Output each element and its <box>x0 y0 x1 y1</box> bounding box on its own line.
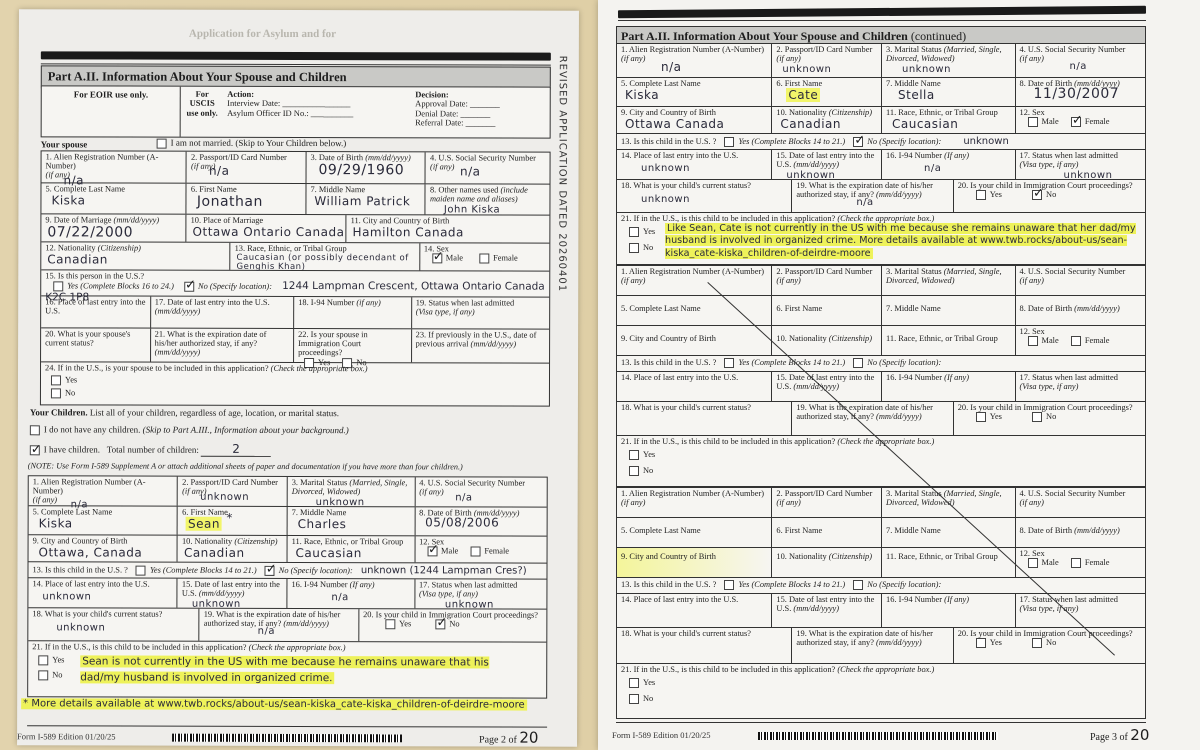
child4-female-checkbox[interactable] <box>1071 558 1081 568</box>
child3-court-no-checkbox[interactable] <box>1032 412 1042 422</box>
field-sublabel: (Citizenship) <box>829 334 872 343</box>
field-label: 17. Status when last admitted <box>419 580 517 589</box>
child2-court-no-option[interactable]: No <box>1032 190 1056 199</box>
field-sublabel: (mm/dd/yyyy) <box>793 160 839 169</box>
child2-sex-field[interactable]: 12. Sex Male Female <box>1016 107 1146 133</box>
section-continued: (continued) <box>911 29 966 43</box>
spouse-court-field[interactable]: 22. Is your spouse in Immigration Court … <box>294 329 412 362</box>
child1-race-field[interactable]: 11. Race, Ethnic, or Tribal GroupCaucasi… <box>288 536 416 562</box>
child2-a-number-field[interactable]: 1. Alien Registration Number (A-Number)(… <box>617 44 772 77</box>
child2-female-checkbox[interactable] <box>1071 117 1081 127</box>
not-married-label: I am not married. (Skip to Your Children… <box>171 138 347 148</box>
child4-in-us-yes-option[interactable]: Yes (Complete Blocks 14 to 21.) <box>724 580 845 589</box>
spouse-entry-date-field[interactable]: 17. Date of last entry into the U.S. (mm… <box>151 297 295 328</box>
child3-court-yes-checkbox[interactable] <box>976 412 986 422</box>
child3-court-no-option[interactable]: No <box>1032 412 1056 421</box>
spouse-race-field[interactable]: 13. Race, Ethnic, or Tribal GroupCaucasi… <box>231 243 420 270</box>
header-rule <box>41 51 551 60</box>
child1-court-field[interactable]: 20. Is your child in Immigration Court p… <box>359 609 546 641</box>
child3-expiration-field[interactable]: 19. What is the expiration date of his/h… <box>792 402 953 435</box>
child3-court-field[interactable]: 20. Is your child in Immigration Court p… <box>954 402 1145 435</box>
spouse-current-status-field[interactable]: 20. What is your spouse's current status… <box>41 328 151 361</box>
field-sublabel: (Citizenship) <box>98 243 141 252</box>
child4-court-no-option[interactable]: No <box>1032 638 1056 647</box>
field-label: 7. Middle Name <box>292 508 347 517</box>
child2-male-checkbox[interactable] <box>1028 117 1038 127</box>
child3-sex-field[interactable]: 12. Sex Male Female <box>1016 326 1146 355</box>
child3-included-field[interactable]: 21. If in the U.S., is this child to be … <box>617 436 1145 486</box>
option-label: No <box>643 694 653 703</box>
child1-last-name-field[interactable]: 5. Complete Last NameKiska <box>29 506 178 534</box>
child3-status-admitted-field[interactable]: 17. Status when last admitted(Visa type,… <box>1016 372 1146 401</box>
child3-entry-place-field[interactable]: 14. Place of last entry into the U.S. <box>617 372 772 401</box>
barcode <box>758 732 998 740</box>
child3-race-field[interactable]: 11. Race, Ethnic, or Tribal Group <box>882 326 1016 355</box>
child1-expiration-field[interactable]: 19. What is the expiration date of his/h… <box>200 609 359 641</box>
child1-location-value: unknown (1244 Lampman Cres?) <box>361 565 527 576</box>
child2-entry-place-field[interactable]: 14. Place of last entry into the U.S.unk… <box>617 150 772 179</box>
child4-court-yes-option[interactable]: Yes <box>976 638 1002 647</box>
field-label: 7. Middle Name <box>886 79 941 88</box>
child3-in-us-yes-option[interactable]: Yes (Complete Blocks 14 to 21.) <box>724 358 845 367</box>
spouse-dob-field[interactable]: 3. Date of Birth (mm/dd/yyyy)09/29/1960 <box>306 152 426 183</box>
child1-in-us-no-option[interactable]: No (Specify location): <box>265 566 353 575</box>
option-label: Male <box>446 254 463 263</box>
field-sublabel: (if any) <box>776 498 800 507</box>
child1-in-us-no-checkbox[interactable] <box>265 566 275 576</box>
field-label: 21. If in the U.S., is this child to be … <box>621 437 835 446</box>
child3-middle-name-field[interactable]: 7. Middle Name <box>882 296 1016 325</box>
child2-ssn-field[interactable]: 4. U.S. Social Security Number(if any)n/… <box>1016 44 1146 77</box>
referral-date-field[interactable]: Referral Date: _______ <box>415 118 500 128</box>
field-label: 21. If in the U.S., is this child to be … <box>32 642 246 652</box>
option-label: No <box>643 466 653 475</box>
no-children-option[interactable]: I do not have any children. (Skip to Par… <box>30 424 349 436</box>
field-label: 2. Passport/ID Card Number <box>191 153 287 162</box>
child3-ssn-field[interactable]: 4. U.S. Social Security Number(if any) <box>1016 266 1146 295</box>
spouse-nationality-field[interactable]: 12. Nationality (Citizenship)Canadian <box>41 242 230 269</box>
spouse-included-field[interactable]: 24. If in the U.S., is your spouse to be… <box>41 362 549 405</box>
child4-court-no-checkbox[interactable] <box>1032 638 1042 648</box>
child2-court-yes-checkbox[interactable] <box>976 190 986 200</box>
child2-court-field[interactable]: 20. Is your child in Immigration Court p… <box>954 180 1145 212</box>
child3-current-status-field[interactable]: 18. What is your child's current status? <box>617 402 792 435</box>
field-label: 5. Complete Last Name <box>33 507 113 516</box>
child1-court-yes-checkbox[interactable] <box>385 620 395 630</box>
uscis-use-area: For USCIS use only. Action: Interview Da… <box>181 87 550 138</box>
spouse-i94-field[interactable]: 18. I-94 Number (if any) <box>294 297 412 328</box>
child3-male-checkbox[interactable] <box>1028 336 1038 346</box>
spouse-included-no-checkbox[interactable] <box>51 389 61 399</box>
field-label: 16. I-94 Number <box>886 595 942 604</box>
child4-court-field[interactable]: 20. Is your child in Immigration Court p… <box>954 628 1145 663</box>
spouse-in-us-no-checkbox[interactable] <box>184 282 194 292</box>
field-sublabel: (Citizenship) <box>234 537 277 546</box>
option-label: No (Specify location): <box>867 358 941 367</box>
field-label: 21. What is the expiration date of his/h… <box>155 330 267 349</box>
child4-entry-date-field[interactable]: 15. Date of last entry into the U.S. (mm… <box>772 594 882 627</box>
eoir-use-label: For EOIR use only. <box>42 86 182 136</box>
child2-expiration-field[interactable]: 19. What is the expiration date of his/h… <box>792 180 953 212</box>
child1-nationality-field[interactable]: 10. Nationality (Citizenship)Canadian <box>178 536 288 562</box>
spouse-sex-field[interactable]: 14. Sex Male Female <box>420 243 550 270</box>
child3-marital-field[interactable]: 3. Marital Status (Married, Single, Divo… <box>882 266 1016 295</box>
child3-passport-field[interactable]: 2. Passport/ID Card Number(if any) <box>772 266 882 295</box>
child1-in-us-field[interactable]: 13. Is this child in the U.S. ? Yes (Com… <box>28 562 546 578</box>
field-label: 10. Nationality <box>776 108 826 117</box>
option-label: Yes (Complete Blocks 14 to 21.) <box>738 137 845 146</box>
field-sublabel: (Check the appropriate box.) <box>249 643 346 652</box>
spouse-in-us-field[interactable]: 15. Is this person in the U.S.? Yes (Com… <box>41 270 549 296</box>
field-sublabel: (mm/dd/yyyy) <box>1074 526 1120 535</box>
field-label: 7. Middle Name <box>310 185 365 194</box>
field-sublabel: (mm/dd/yyyy) <box>283 619 329 628</box>
child2-included-yes-checkbox[interactable] <box>629 227 639 237</box>
option-label: Male <box>1042 558 1059 567</box>
option-label: Yes <box>643 227 655 236</box>
page-number: Page 2 of 20 <box>479 728 538 746</box>
spouse-middle-name-field[interactable]: 7. Middle NameWilliam Patrick <box>306 184 426 214</box>
child4-included-no-option[interactable]: No <box>629 694 1141 704</box>
field-label: 17. Status when last admitted <box>1020 595 1118 604</box>
child4-in-us-no-option[interactable]: No (Specify location): <box>853 580 941 589</box>
child3-in-us-no-option[interactable]: No (Specify location): <box>853 358 941 367</box>
field-label: 9. City and Country of Birth <box>621 552 716 561</box>
field-label: 3. Marital Status <box>292 478 348 487</box>
field-label: 2. Passport/ID Card Number <box>776 489 872 498</box>
spouse-in-us-yes-checkbox[interactable] <box>53 282 63 292</box>
child3-sex-female-option[interactable]: Female <box>1071 336 1110 345</box>
child2-court-no-checkbox[interactable] <box>1032 190 1042 200</box>
child4-last-name-field[interactable]: 5. Complete Last Name <box>617 518 772 547</box>
spouse-a-number-field[interactable]: 1. Alien Registration Number (A-Number)(… <box>42 151 188 182</box>
child3-a-number-field[interactable]: 1. Alien Registration Number (A-Number)(… <box>617 266 772 295</box>
child3-i94-field[interactable]: 16. I-94 Number (If any) <box>882 372 1016 401</box>
child4-entry-place-field[interactable]: 14. Place of last entry into the U.S. <box>617 594 772 627</box>
field-label: 3. Date of Birth <box>311 153 364 162</box>
child3-included-no-checkbox[interactable] <box>629 466 639 476</box>
field-label: 10. Nationality <box>776 334 826 343</box>
child4-included-yes-option[interactable]: Yes <box>629 678 1141 688</box>
child1-dob-field[interactable]: 8. Date of Birth (mm/dd/yyyy)05/08/2006 <box>415 507 547 535</box>
option-label: Male <box>1042 117 1059 126</box>
child4-male-checkbox[interactable] <box>1028 558 1038 568</box>
child1-in-us-yes-option[interactable]: Yes (Complete Blocks 14 to 21.) <box>136 566 257 575</box>
have-children-checkbox[interactable] <box>30 445 40 455</box>
footnote-text[interactable]: * More details available at www.twb.rock… <box>21 698 527 710</box>
field-label: 18. What is your child's current status? <box>621 181 751 190</box>
child2-middle-name-value: Stella <box>886 89 1011 102</box>
child3-birth-place-field[interactable]: 9. City and Country of Birth <box>617 326 772 355</box>
child1-birth-place-field[interactable]: 9. City and Country of BirthOttawa, Cana… <box>29 535 178 561</box>
officer-id-field[interactable]: Asylum Officer ID No.: __________ <box>227 109 407 119</box>
child4-current-status-field[interactable]: 18. What is your child's current status? <box>617 628 792 663</box>
not-married-option[interactable]: I am not married. (Skip to Your Children… <box>157 138 347 149</box>
spouse-entry-place-field[interactable]: 16. Place of last entry into the U.S. <box>41 296 151 327</box>
child2-nationality-field[interactable]: 10. Nationality (Citizenship)Canadian <box>772 107 882 133</box>
child4-expiration-field[interactable]: 19. What is the expiration date of his/h… <box>792 628 953 663</box>
field-label: 13. Is this child in the U.S. ? <box>621 137 716 146</box>
spouse-sex-female-option[interactable]: Female <box>479 254 518 263</box>
child2-included-field[interactable]: 21. If in the U.S., is this child to be … <box>617 213 1145 266</box>
child1-current-status-value: unknown <box>32 623 194 634</box>
child3-included-yes-option[interactable]: Yes <box>629 450 1141 460</box>
field-label: 2. Passport/ID Card Number <box>776 45 872 54</box>
child2-court-yes-option[interactable]: Yes <box>976 190 1002 199</box>
child1-female-checkbox[interactable] <box>470 547 480 557</box>
child1-marital-field[interactable]: 3. Marital Status (Married, Single, Divo… <box>288 477 416 506</box>
child1-in-us-yes-checkbox[interactable] <box>136 566 146 576</box>
child1-a-number-field[interactable]: 1. Alien Registration Number (A-Number)(… <box>29 476 178 505</box>
spouse-female-checkbox[interactable] <box>479 254 489 264</box>
field-sublabel: (if any) <box>1020 498 1044 507</box>
child1-included-field[interactable]: 21. If in the U.S., is this child to be … <box>28 641 546 697</box>
child4-sex-field[interactable]: 12. Sex Male Female <box>1016 548 1146 577</box>
child2-sex-male-option[interactable]: Male <box>1028 117 1059 126</box>
field-label: 9. City and Country of Birth <box>621 334 716 343</box>
child2-in-us-yes-checkbox[interactable] <box>724 137 734 147</box>
footer-rule <box>27 725 547 727</box>
child1-passport-field[interactable]: 2. Passport/ID Card Number(if any)unknow… <box>178 477 288 506</box>
child3-court-yes-option[interactable]: Yes <box>976 412 1002 421</box>
field-label: 10. Place of Marriage <box>191 216 264 225</box>
spouse-passport-field[interactable]: 2. Passport/ID Card Number(if any)n/a <box>187 152 307 183</box>
spouse-marriage-place-field[interactable]: 10. Place of MarriageOttawa Ontario Cana… <box>187 215 347 242</box>
child1-included-yes-checkbox[interactable] <box>38 656 48 666</box>
field-label: 3. Marital Status <box>886 45 942 54</box>
spouse-ssn-field[interactable]: 4. U.S. Social Security Number(if any)n/… <box>426 152 550 183</box>
child2-current-status-field[interactable]: 18. What is your child's current status?… <box>617 180 792 212</box>
child4-sex-female-option[interactable]: Female <box>1071 558 1110 567</box>
field-sublabel: (If any) <box>944 595 969 604</box>
child2-sex-female-option[interactable]: Female <box>1071 117 1110 126</box>
child3-in-us-field[interactable]: 13. Is this child in the U.S. ? Yes (Com… <box>617 356 1145 371</box>
child4-birth-place-field[interactable]: 9. City and Country of Birth <box>617 548 772 577</box>
child2-i94-value: n/a <box>886 163 1011 174</box>
child2-in-us-no-option[interactable]: No (Specify location): <box>853 137 941 146</box>
child4-dob-field[interactable]: 8. Date of Birth (mm/dd/yyyy) <box>1016 518 1146 547</box>
field-label: 10. Nationality <box>776 552 826 561</box>
child4-ssn-field[interactable]: 4. U.S. Social Security Number(if any) <box>1016 488 1146 517</box>
option-label: Yes <box>52 656 64 665</box>
field-label: 5. Complete Last Name <box>621 526 701 535</box>
bleed-through-header: Application for Asylum and for <box>189 28 336 40</box>
spouse-first-name-field[interactable]: 6. First NameJonathan <box>187 184 307 214</box>
child2-status-admitted-field[interactable]: 17. Status when last admitted(Visa type,… <box>1016 150 1146 179</box>
field-label: 11. Race, Ethnic, or Tribal Group <box>886 108 998 117</box>
child4-middle-name-field[interactable]: 7. Middle Name <box>882 518 1016 547</box>
have-children-option[interactable]: I have children. Total number of childre… <box>30 441 271 457</box>
child2-birth-place-field[interactable]: 9. City and Country of BirthOttawa Canad… <box>617 107 772 133</box>
field-label: 12. Sex <box>1020 327 1045 336</box>
child1-included-no-checkbox[interactable] <box>38 671 48 681</box>
child2-race-field[interactable]: 11. Race, Ethnic, or Tribal GroupCaucasi… <box>882 107 1016 133</box>
spouse-middle-name-value: William Patrick <box>310 195 421 208</box>
field-sublabel: (Check the appropriate box.) <box>271 364 368 373</box>
child4-i94-field[interactable]: 16. I-94 Number (If any) <box>882 594 1016 627</box>
child2-entry-date-field[interactable]: 15. Date of last entry into the U.S. (mm… <box>772 150 882 179</box>
spouse-birth-place-field[interactable]: 11. City and Country of BirthHamilton Ca… <box>347 215 550 243</box>
child2-first-name-field[interactable]: 6. First NameCate <box>772 78 882 106</box>
field-label: 11. Race, Ethnic, or Tribal Group <box>886 552 998 561</box>
option-label: Female <box>493 254 518 263</box>
child1-first-name-field[interactable]: 6. First NameSean * <box>178 507 288 535</box>
field-label: 13. Is this child in the U.S. ? <box>621 580 716 589</box>
field-sublabel: (Visa type, if any) <box>416 308 475 317</box>
child3-female-checkbox[interactable] <box>1071 336 1081 346</box>
child2-marital-field[interactable]: 3. Marital Status (Married, Single, Divo… <box>882 44 1016 77</box>
spouse-prev-arrival-field[interactable]: 23. If previously in the U.S., date of p… <box>412 329 550 362</box>
field-sublabel: (mm/dd/yyyy) <box>876 638 922 647</box>
child4-nationality-field[interactable]: 10. Nationality (Citizenship) <box>772 548 882 577</box>
spouse-male-checkbox[interactable] <box>432 254 442 264</box>
field-label: 4. U.S. Social Security Number <box>430 153 536 162</box>
child2-passport-field[interactable]: 2. Passport/ID Card Number(if any)unknow… <box>772 44 882 77</box>
child2-i94-field[interactable]: 16. I-94 Number (If any)n/a <box>882 150 1016 179</box>
field-label: 24. If in the U.S., is your spouse to be… <box>45 363 269 373</box>
spouse-expiration-field[interactable]: 21. What is the expiration date of his/h… <box>151 329 295 362</box>
no-children-checkbox[interactable] <box>30 425 40 435</box>
field-sublabel: (if any) <box>356 298 380 307</box>
child4-in-us-yes-checkbox[interactable] <box>724 580 734 590</box>
child2-birth-place-value: Ottawa Canada <box>621 118 767 131</box>
field-label: 21. If in the U.S., is this child to be … <box>621 214 835 223</box>
spouse-other-names-field[interactable]: 8. Other names used (include maiden name… <box>426 184 550 214</box>
child2-in-us-field[interactable]: 13. Is this child in the U.S. ? Yes (Com… <box>617 134 1145 149</box>
field-label: 6. First Name <box>776 79 822 88</box>
page-number: Page 3 of 20 <box>1090 726 1149 744</box>
child1-ssn-field[interactable]: 4. U.S. Social Security Number(if any)n/… <box>415 477 547 506</box>
child4-status-admitted-field[interactable]: 17. Status when last admitted(Visa type,… <box>1016 594 1146 627</box>
field-label: 17. Date of last entry into the U.S. <box>155 298 270 307</box>
spouse-included-yes-checkbox[interactable] <box>51 376 61 386</box>
field-label: 20. What is your spouse's current status… <box>45 329 130 347</box>
child4-sex-male-option[interactable]: Male <box>1028 558 1059 567</box>
child4-included-no-checkbox[interactable] <box>629 694 639 704</box>
child2-marital-value: unknown <box>886 64 1011 75</box>
field-sublabel: (mm/dd/yyyy) <box>1074 304 1120 313</box>
option-label: Female <box>1085 117 1110 126</box>
spouse-last-name-field[interactable]: 5. Complete Last NameKiska <box>41 183 186 213</box>
child1-court-yes-option[interactable]: Yes <box>385 619 411 628</box>
child2-dob-field[interactable]: 8. Date of Birth (mm/dd/yyyy)11/30/2007 <box>1016 78 1146 106</box>
field-sublabel: (Check the appropriate box.) <box>837 214 934 223</box>
child4-in-us-field[interactable]: 13. Is this child in the U.S. ? Yes (Com… <box>617 578 1145 593</box>
child3-included-yes-checkbox[interactable] <box>629 450 639 460</box>
field-label: 6. First Name <box>776 304 822 313</box>
spouse-included-no-option[interactable]: No <box>51 389 545 400</box>
have-children-label: I have children. <box>44 444 100 454</box>
child4-race-field[interactable]: 11. Race, Ethnic, or Tribal Group <box>882 548 1016 577</box>
child4-passport-field[interactable]: 2. Passport/ID Card Number(if any) <box>772 488 882 517</box>
field-label: 9. City and Country of Birth <box>33 536 128 545</box>
child3-entry-date-field[interactable]: 15. Date of last entry into the U.S. (mm… <box>772 372 882 401</box>
spouse-in-us-yes-option[interactable]: Yes (Complete Blocks 16 to 24.) <box>53 282 174 291</box>
spouse-sex-male-option[interactable]: Male <box>432 254 463 263</box>
spouse-status-admitted-field[interactable]: 19. Status when last admitted(Visa type,… <box>412 297 550 328</box>
child3-in-us-no-checkbox[interactable] <box>853 358 863 368</box>
field-label: 6. First Name <box>776 526 822 535</box>
child3-included-no-option[interactable]: No <box>629 466 1141 476</box>
child4-included-yes-checkbox[interactable] <box>629 678 639 688</box>
child1-entry-place-field[interactable]: 14. Place of last entry into the U.S.unk… <box>28 578 177 607</box>
form-page-2: Application for Asylum and for Part A.II… <box>17 9 579 746</box>
child1-i94-field[interactable]: 16. I-94 Number (If any)n/a <box>287 579 415 608</box>
child3-dob-field[interactable]: 8. Date of Birth (mm/dd/yyyy) <box>1016 296 1146 325</box>
total-children-value[interactable]: 2 <box>201 442 271 457</box>
field-label: 2. Passport/ID Card Number <box>776 267 872 276</box>
child1-nationality-value: Canadian <box>182 547 283 560</box>
child3-in-us-yes-checkbox[interactable] <box>724 358 734 368</box>
field-label: 6. First Name <box>191 185 237 194</box>
child2-middle-name-field[interactable]: 7. Middle NameStella <box>882 78 1016 106</box>
field-label: 20. Is your child in Immigration Court p… <box>958 629 1133 638</box>
child1-status-admitted-field[interactable]: 17. Status when last admitted(Visa type,… <box>415 579 547 608</box>
child4-a-number-field[interactable]: 1. Alien Registration Number (A-Number)(… <box>617 488 772 517</box>
child2-in-us-yes-option[interactable]: Yes (Complete Blocks 14 to 21.) <box>724 137 845 146</box>
field-label: 14. Place of last entry into the U.S. <box>32 579 149 588</box>
field-label: 13. Is this child in the U.S. ? <box>32 565 127 574</box>
child2-dob-value: 11/30/2007 <box>1020 87 1142 102</box>
field-sublabel: (Visa type, if any) <box>419 590 478 599</box>
child2-in-us-no-checkbox[interactable] <box>853 137 863 147</box>
uscis-use-label: For USCIS use only. <box>185 90 219 136</box>
child4-included-field[interactable]: 21. If in the U.S., is this child to be … <box>617 664 1145 718</box>
child1-middle-name-field[interactable]: 7. Middle NameCharles <box>288 507 416 535</box>
child4-first-name-field[interactable]: 6. First Name <box>772 518 882 547</box>
child2-last-name-field[interactable]: 5. Complete Last NameKiska <box>617 78 772 106</box>
page-total: 20 <box>1130 726 1149 744</box>
child4-in-us-no-checkbox[interactable] <box>853 580 863 590</box>
child1-court-no-checkbox[interactable] <box>435 620 445 630</box>
child1-entry-date-field[interactable]: 15. Date of last entry into the U.S. (mm… <box>178 579 288 608</box>
header-rule <box>618 6 1146 19</box>
option-label: Yes (Complete Blocks 14 to 21.) <box>150 566 257 575</box>
child2-included-no-checkbox[interactable] <box>629 243 639 253</box>
spouse-race-value: Caucasian (or possibly decendant of Geng… <box>235 254 415 271</box>
not-married-checkbox[interactable] <box>157 139 167 149</box>
field-label: 12. Sex <box>1020 108 1045 117</box>
option-label: No <box>65 389 75 398</box>
child1-current-status-field[interactable]: 18. What is your child's current status?… <box>28 608 199 640</box>
option-label: Male <box>1042 336 1059 345</box>
field-label: 8. Other names used <box>430 185 498 194</box>
spouse-last-name-value: Kiska <box>45 195 181 209</box>
spouse-included-yes-option[interactable]: Yes <box>51 376 545 387</box>
child2-first-name-wrap: Cate <box>776 89 877 102</box>
field-label: 10. Nationality <box>182 537 232 546</box>
field-label: 3. Marital Status <box>886 267 942 276</box>
field-label: 1. Alien Registration Number (A-Number) <box>621 489 764 498</box>
child4-court-yes-checkbox[interactable] <box>976 638 986 648</box>
spouse-marriage-date-field[interactable]: 9. Date of Marriage (mm/dd/yyyy)07/22/20… <box>41 214 186 241</box>
child1-sex-female-option[interactable]: Female <box>470 547 509 556</box>
child3-sex-male-option[interactable]: Male <box>1028 336 1059 345</box>
child1-court-no-option[interactable]: No <box>435 620 459 629</box>
child2-entry-place-value: unknown <box>621 163 767 174</box>
child3-nationality-field[interactable]: 10. Nationality (Citizenship) <box>772 326 882 355</box>
option-label: No (Specify location): <box>867 580 941 589</box>
spouse-in-us-no-option[interactable]: No (Specify location): <box>184 282 272 291</box>
field-sublabel: (if any) <box>776 54 800 63</box>
child2-current-status-value: unknown <box>621 194 787 205</box>
child1-sex-male-option[interactable]: Male <box>427 547 458 556</box>
field-label: 19. Status when last admitted <box>416 298 514 307</box>
field-label: 1. Alien Registration Number (A-Number) <box>46 152 159 170</box>
child3-first-name-field[interactable]: 6. First Name <box>772 296 882 325</box>
child1-male-checkbox[interactable] <box>427 547 437 557</box>
child1-sex-field[interactable]: 12. Sex Male Female <box>415 536 547 562</box>
